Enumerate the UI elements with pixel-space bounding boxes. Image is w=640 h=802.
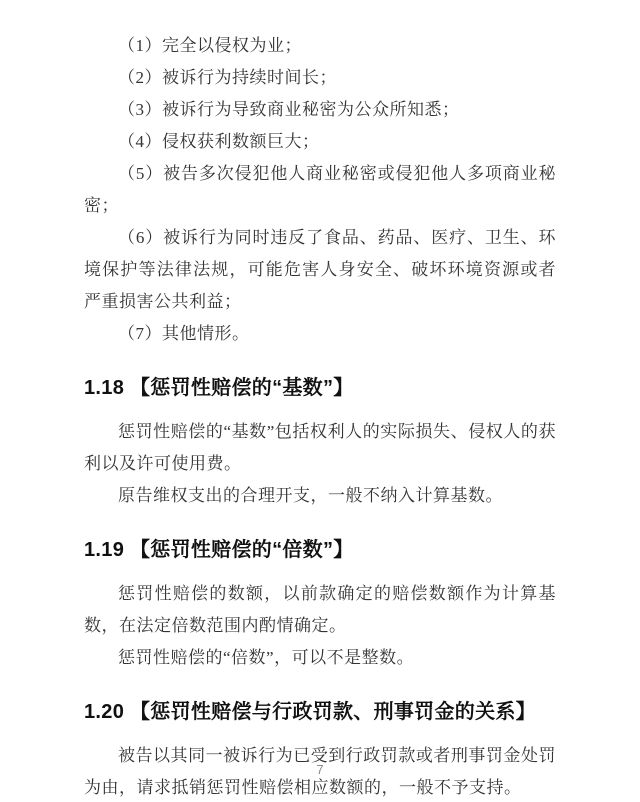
section-1-18-paragraph-2: 原告维权支出的合理开支，一般不纳入计算基数。 (84, 480, 556, 512)
section-1-19-paragraph-2: 惩罚性赔偿的“倍数”，可以不是整数。 (84, 642, 556, 674)
list-item-3: （3）被诉行为导致商业秘密为公众所知悉； (84, 94, 556, 126)
list-item-6: （6）被诉行为同时违反了食品、药品、医疗、卫生、环境保护等法律法规，可能危害人身… (84, 222, 556, 318)
list-item-5: （5）被告多次侵犯他人商业秘密或侵犯他人多项商业秘密； (84, 158, 556, 222)
section-1-18: 1.18 【惩罚性赔偿的“基数”】 惩罚性赔偿的“基数”包括权利人的实际损失、侵… (84, 374, 556, 512)
list-item-1: （1）完全以侵权为业； (84, 30, 556, 62)
section-1-19-heading: 1.19 【惩罚性赔偿的“倍数”】 (84, 536, 556, 564)
section-1-19-paragraph-1: 惩罚性赔偿的数额，以前款确定的赔偿数额作为计算基数，在法定倍数范围内酌情确定。 (84, 578, 556, 642)
section-1-19-body: 惩罚性赔偿的数额，以前款确定的赔偿数额作为计算基数，在法定倍数范围内酌情确定。 … (84, 578, 556, 674)
section-1-20-heading: 1.20 【惩罚性赔偿与行政罚款、刑事罚金的关系】 (84, 698, 556, 726)
numbered-circumstances-list: （1）完全以侵权为业； （2）被诉行为持续时间长； （3）被诉行为导致商业秘密为… (84, 30, 556, 350)
list-item-7: （7）其他情形。 (84, 318, 556, 350)
section-1-19: 1.19 【惩罚性赔偿的“倍数”】 惩罚性赔偿的数额，以前款确定的赔偿数额作为计… (84, 536, 556, 674)
page-number: 7 (0, 762, 640, 777)
section-1-18-paragraph-1: 惩罚性赔偿的“基数”包括权利人的实际损失、侵权人的获利以及许可使用费。 (84, 416, 556, 480)
section-1-20: 1.20 【惩罚性赔偿与行政罚款、刑事罚金的关系】 被告以其同一被诉行为已受到行… (84, 698, 556, 802)
document-page: （1）完全以侵权为业； （2）被诉行为持续时间长； （3）被诉行为导致商业秘密为… (0, 0, 640, 802)
list-item-4: （4）侵权获利数额巨大； (84, 126, 556, 158)
list-item-2: （2）被诉行为持续时间长； (84, 62, 556, 94)
section-1-18-body: 惩罚性赔偿的“基数”包括权利人的实际损失、侵权人的获利以及许可使用费。 原告维权… (84, 416, 556, 512)
section-1-18-heading: 1.18 【惩罚性赔偿的“基数”】 (84, 374, 556, 402)
